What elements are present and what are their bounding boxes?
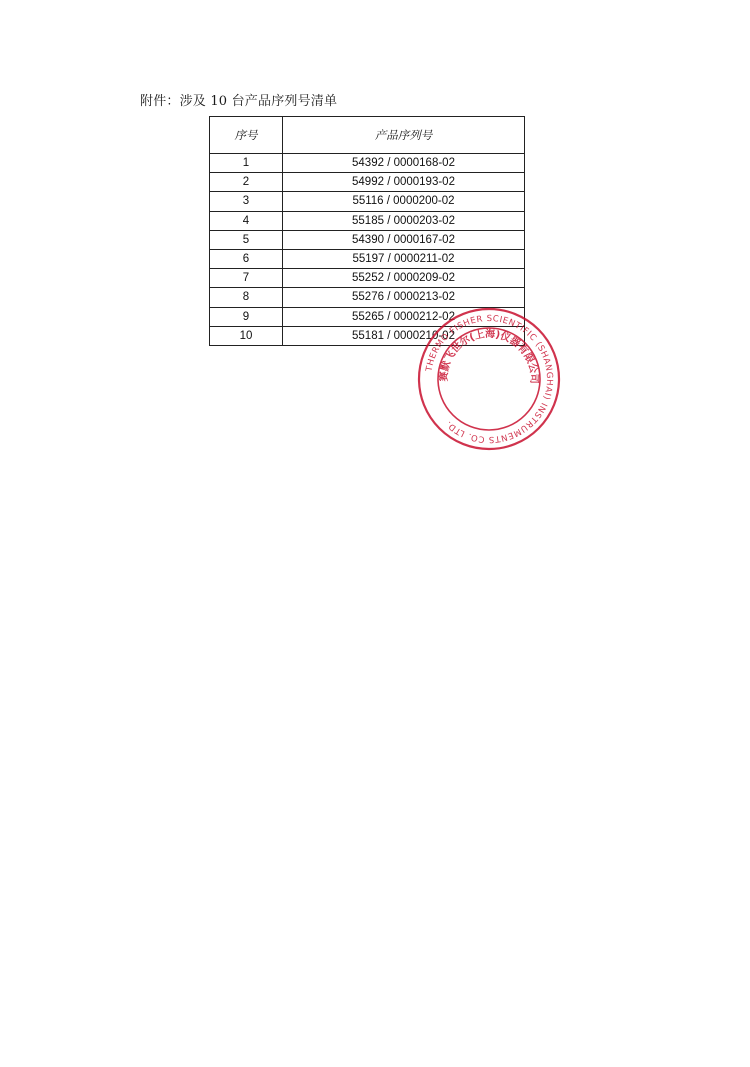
row-serial: 55265 / 0000212-02: [283, 307, 525, 326]
row-no: 6: [210, 249, 283, 268]
header-serial: 产品序列号: [283, 117, 525, 154]
row-no: 10: [210, 326, 283, 345]
row-serial: 55197 / 0000211-02: [283, 249, 525, 268]
row-no: 1: [210, 154, 283, 173]
row-serial: 54992 / 0000193-02: [283, 173, 525, 192]
table-row: 955265 / 0000212-02: [210, 307, 525, 326]
row-no: 9: [210, 307, 283, 326]
row-serial: 55181 / 0000210-02: [283, 326, 525, 345]
row-serial: 54390 / 0000167-02: [283, 230, 525, 249]
table-row: 855276 / 0000213-02: [210, 288, 525, 307]
row-serial: 55116 / 0000200-02: [283, 192, 525, 211]
row-serial: 54392 / 0000168-02: [283, 154, 525, 173]
serial-number-table: 序号 产品序列号 154392 / 0000168-02 254992 / 00…: [209, 116, 525, 346]
row-serial: 55252 / 0000209-02: [283, 269, 525, 288]
table-row: 1055181 / 0000210-02: [210, 326, 525, 345]
row-serial: 55276 / 0000213-02: [283, 288, 525, 307]
row-no: 2: [210, 173, 283, 192]
table-row: 154392 / 0000168-02: [210, 154, 525, 173]
row-no: 3: [210, 192, 283, 211]
row-no: 5: [210, 230, 283, 249]
table-header-row: 序号 产品序列号: [210, 117, 525, 154]
row-no: 4: [210, 211, 283, 230]
attachment-title: 附件：涉及 10 台产品序列号清单: [140, 90, 337, 109]
table-row: 254992 / 0000193-02: [210, 173, 525, 192]
row-no: 7: [210, 269, 283, 288]
header-no: 序号: [210, 117, 283, 154]
table-row: 554390 / 0000167-02: [210, 230, 525, 249]
row-serial: 55185 / 0000203-02: [283, 211, 525, 230]
table-row: 455185 / 0000203-02: [210, 211, 525, 230]
table-row: 355116 / 0000200-02: [210, 192, 525, 211]
table-row: 755252 / 0000209-02: [210, 269, 525, 288]
row-no: 8: [210, 288, 283, 307]
table-row: 655197 / 0000211-02: [210, 249, 525, 268]
